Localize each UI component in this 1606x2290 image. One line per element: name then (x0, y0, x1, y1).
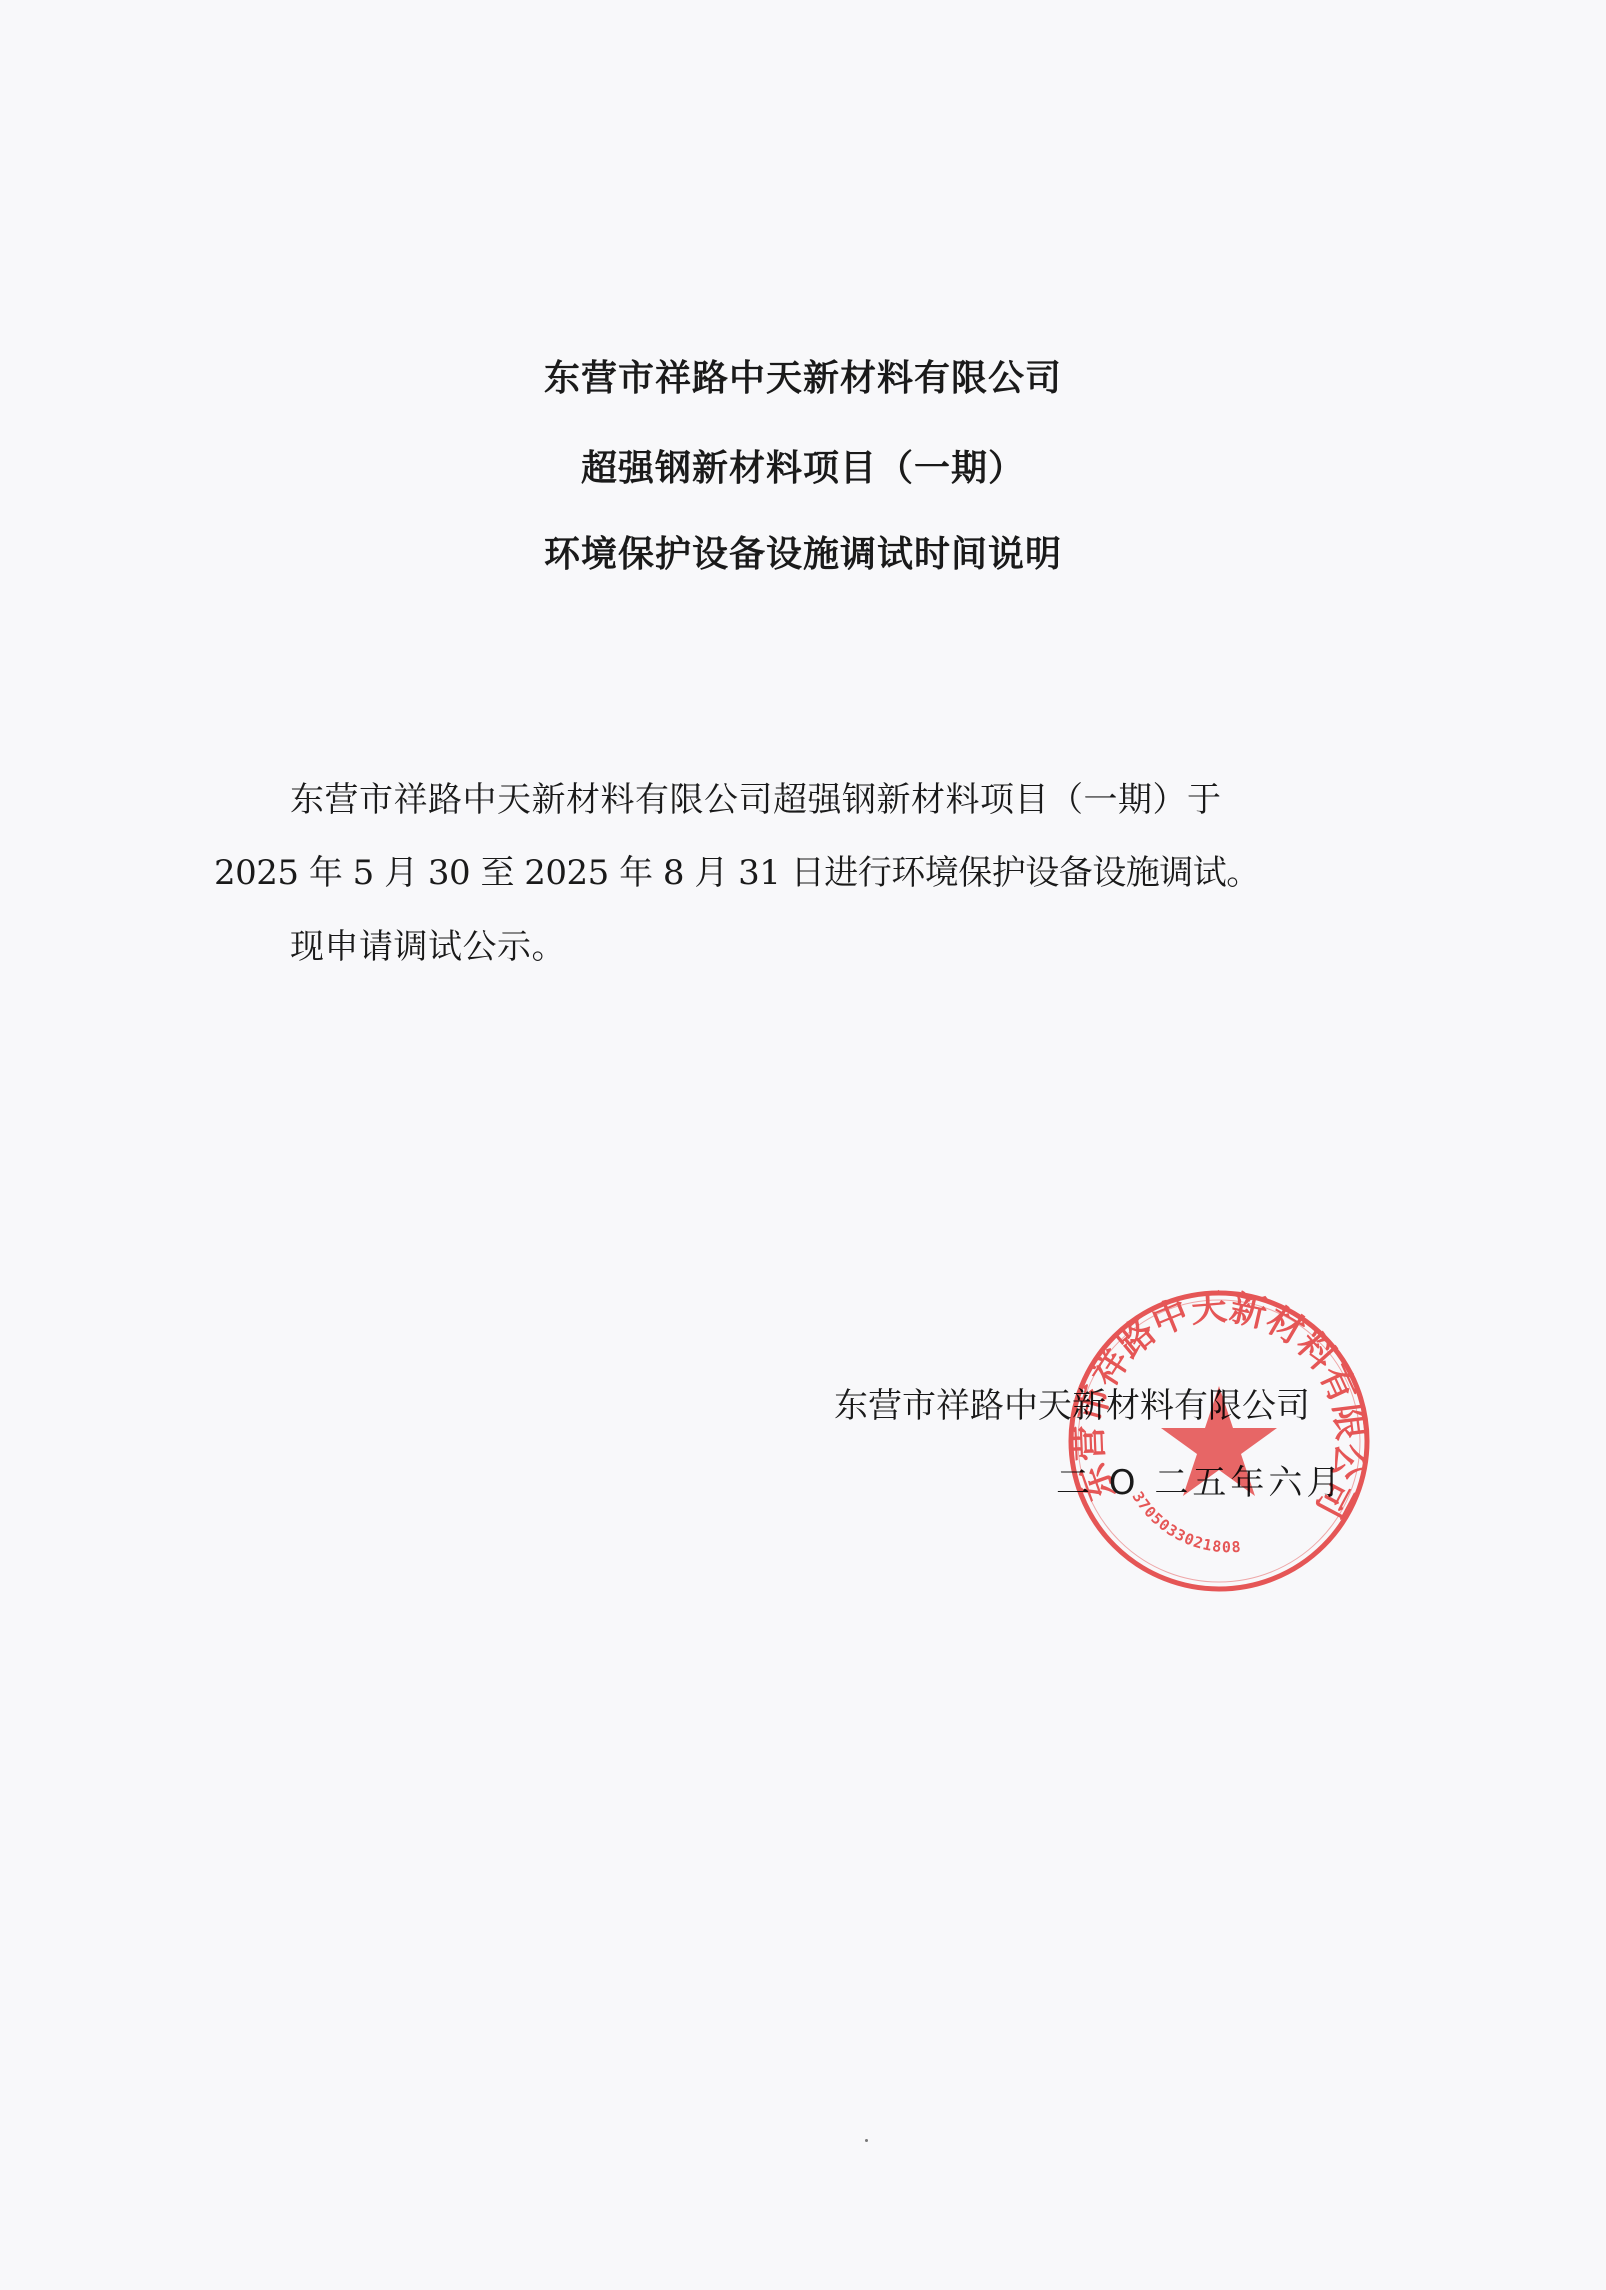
title-project: 超强钢新材料项目（一期） (0, 440, 1606, 491)
title-company: 东营市祥路中天新材料有限公司 (0, 350, 1606, 401)
document-page: 东营市祥路中天新材料有限公司 超强钢新材料项目（一期） 环境保护设备设施调试时间… (0, 0, 1606, 2290)
body-paragraph-1-line-2: 2025 年 5 月 30 至 2025 年 8 月 31 日进行环境保护设备设… (214, 845, 1260, 894)
signature-company: 东营市祥路中天新材料有限公司 (834, 1378, 1310, 1427)
signature-date: 二 O 二五年六月 (1056, 1455, 1344, 1504)
company-seal: 东营市祥路中天新材料有限公司 3705033021808 (1066, 1288, 1372, 1594)
body-paragraph-1-line-1: 东营市祥路中天新材料有限公司超强钢新材料项目（一期）于 (290, 772, 1222, 821)
scan-speck (865, 2139, 868, 2142)
title-subject: 环境保护设备设施调试时间说明 (0, 526, 1606, 577)
body-paragraph-2: 现申请调试公示。 (290, 919, 566, 968)
